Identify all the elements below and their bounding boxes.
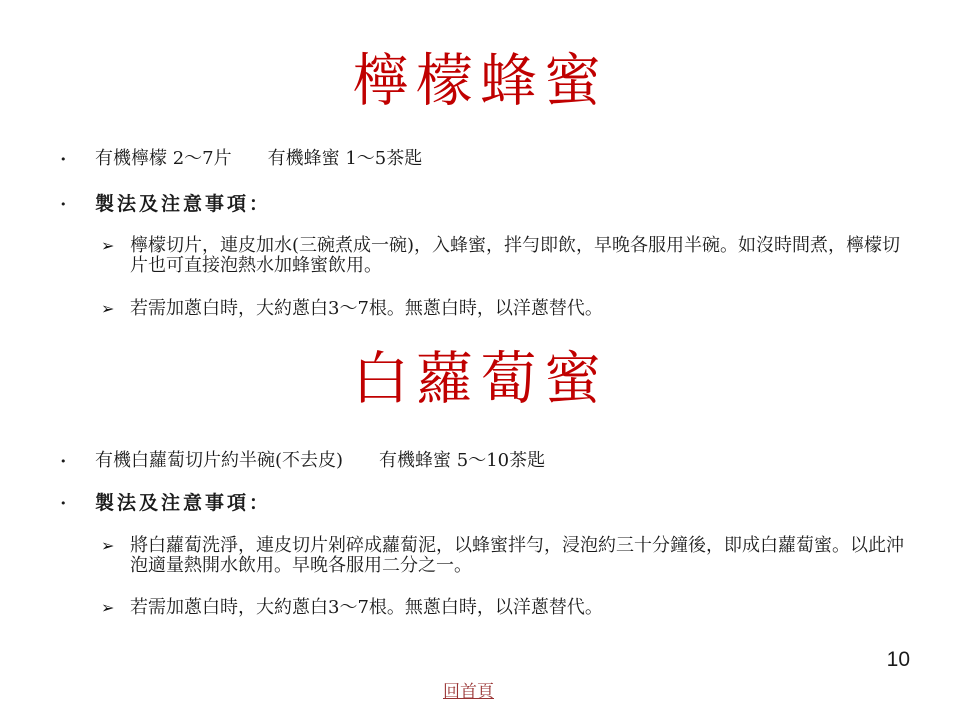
page-number: 10 <box>887 648 910 672</box>
bullet-item-ingredients-radish: • 有機白蘿蔔切片約半碗(不去皮) 有機蜂蜜 5～10茶匙 <box>60 451 905 472</box>
sub-bullet-text: 若需加蔥白時，大約蔥白3～7根。無蔥白時，以洋蔥替代。 <box>130 598 906 618</box>
bullet-item-method-heading-radish: • 製法及注意事項： <box>60 493 905 514</box>
bullet-item-method-heading-lemon: • 製法及注意事項： <box>60 194 905 215</box>
bullet-text: 有機白蘿蔔切片約半碗(不去皮) 有機蜂蜜 5～10茶匙 <box>95 451 905 471</box>
sub-bullet-item-method-lemon: ➢ 檸檬切片，連皮加水(三碗煮成一碗)，入蜂蜜，拌勻即飲，早晚各服用半碗。如沒時… <box>101 236 906 276</box>
arrow-bullet-icon: ➢ <box>101 299 130 319</box>
dot-bullet-icon: • <box>60 451 95 472</box>
bullet-text: 有機檸檬 2～7片 有機蜂蜜 1～5茶匙 <box>95 149 905 169</box>
dot-bullet-icon: • <box>60 149 95 170</box>
section-title-lemon-honey: 檸檬蜂蜜 <box>0 50 960 112</box>
sub-bullet-text: 將白蘿蔔洗淨，連皮切片剁碎成蘿蔔泥，以蜂蜜拌勻，浸泡約三十分鐘後，即成白蘿蔔蜜。… <box>130 536 906 576</box>
sub-bullet-text: 若需加蔥白時，大約蔥白3～7根。無蔥白時，以洋蔥替代。 <box>130 299 906 319</box>
bullet-text: 製法及注意事項： <box>95 194 905 214</box>
arrow-bullet-icon: ➢ <box>101 236 130 256</box>
section-title-white-radish-honey: 白蘿蔔蜜 <box>0 348 960 410</box>
dot-bullet-icon: • <box>60 194 95 215</box>
slide: 檸檬蜂蜜 • 有機檸檬 2～7片 有機蜂蜜 1～5茶匙 • 製法及注意事項： ➢… <box>0 0 960 720</box>
sub-bullet-item-method-radish: ➢ 將白蘿蔔洗淨，連皮切片剁碎成蘿蔔泥，以蜂蜜拌勻，浸泡約三十分鐘後，即成白蘿蔔… <box>101 536 906 576</box>
sub-bullet-item-scallion-lemon: ➢ 若需加蔥白時，大約蔥白3～7根。無蔥白時，以洋蔥替代。 <box>101 299 906 319</box>
sub-bullet-text: 檸檬切片，連皮加水(三碗煮成一碗)，入蜂蜜，拌勻即飲，早晚各服用半碗。如沒時間煮… <box>130 236 906 276</box>
arrow-bullet-icon: ➢ <box>101 536 130 556</box>
sub-bullet-item-scallion-radish: ➢ 若需加蔥白時，大約蔥白3～7根。無蔥白時，以洋蔥替代。 <box>101 598 906 618</box>
bullet-text: 製法及注意事項： <box>95 493 905 513</box>
arrow-bullet-icon: ➢ <box>101 598 130 618</box>
dot-bullet-icon: • <box>60 493 95 514</box>
home-link[interactable]: 回首頁 <box>443 677 494 702</box>
bullet-item-ingredients-lemon: • 有機檸檬 2～7片 有機蜂蜜 1～5茶匙 <box>60 149 905 170</box>
